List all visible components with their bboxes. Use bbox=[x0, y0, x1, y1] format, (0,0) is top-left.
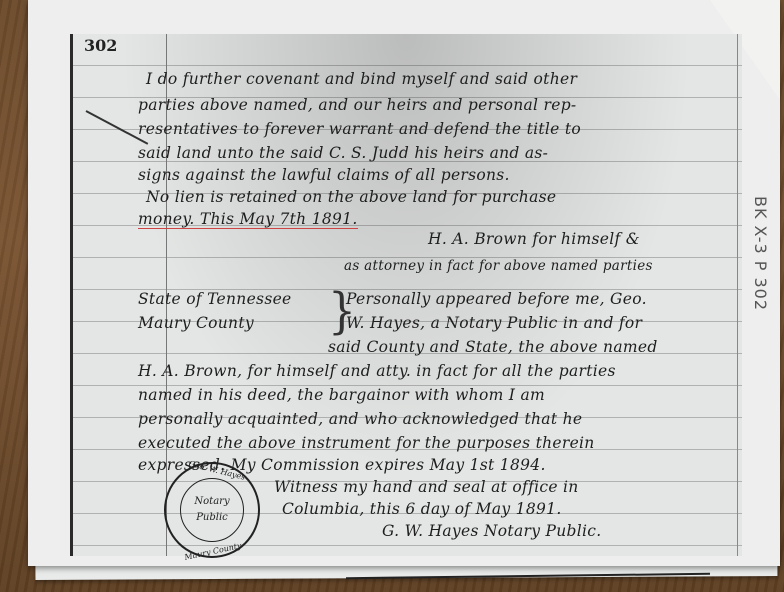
deed-line: No lien is retained on the above land fo… bbox=[146, 188, 556, 206]
ack-line: W. Hayes, a Notary Public in and for bbox=[346, 314, 642, 332]
ack-line: named in his deed, the bargainor with wh… bbox=[138, 386, 545, 404]
ack-line: Personally appeared before me, Geo. bbox=[346, 290, 647, 308]
notary-seal: Geo. W. Hayes Notary Public Maury County bbox=[164, 462, 260, 558]
page-number: 302 bbox=[84, 36, 117, 55]
deed-line: signs against the lawful claims of all p… bbox=[138, 166, 510, 184]
notary-signature: G. W. Hayes Notary Public. bbox=[382, 522, 601, 540]
grantor-signature: H. A. Brown for himself & bbox=[428, 230, 640, 248]
deed-line: said land unto the said C. S. Judd his h… bbox=[138, 144, 548, 162]
deed-line: resentatives to forever warrant and defe… bbox=[138, 120, 581, 138]
left-binding-rule bbox=[70, 34, 73, 556]
ack-line: H. A. Brown, for himself and atty. in fa… bbox=[138, 362, 616, 380]
ack-line: said County and State, the above named bbox=[328, 338, 658, 356]
right-rule bbox=[737, 34, 738, 556]
witness-line: Witness my hand and seal at office in bbox=[274, 478, 579, 496]
witness-line: Columbia, this 6 day of May 1891. bbox=[282, 500, 562, 518]
ack-line: personally acquainted, and who acknowled… bbox=[138, 410, 582, 428]
seal-center-text: Notary bbox=[194, 494, 229, 510]
deed-photocopy-sheet: 302 I do further covenant and bind mysel… bbox=[28, 0, 780, 566]
venue-county: Maury County bbox=[138, 314, 254, 332]
ack-line: executed the above instrument for the pu… bbox=[138, 434, 595, 452]
deed-line: I do further covenant and bind myself an… bbox=[146, 70, 577, 88]
deed-date-line: money. This May 7th 1891. bbox=[138, 210, 358, 229]
book-page-annotation: BK X-3 P 302 bbox=[751, 196, 770, 311]
attorney-in-fact-line: as attorney in fact for above named part… bbox=[344, 258, 653, 274]
deed-line: parties above named, and our heirs and p… bbox=[138, 96, 576, 114]
seal-center-text: Public bbox=[196, 510, 228, 526]
seal-inner-ring: Notary Public bbox=[180, 478, 244, 542]
venue-state: State of Tennessee bbox=[138, 290, 292, 308]
